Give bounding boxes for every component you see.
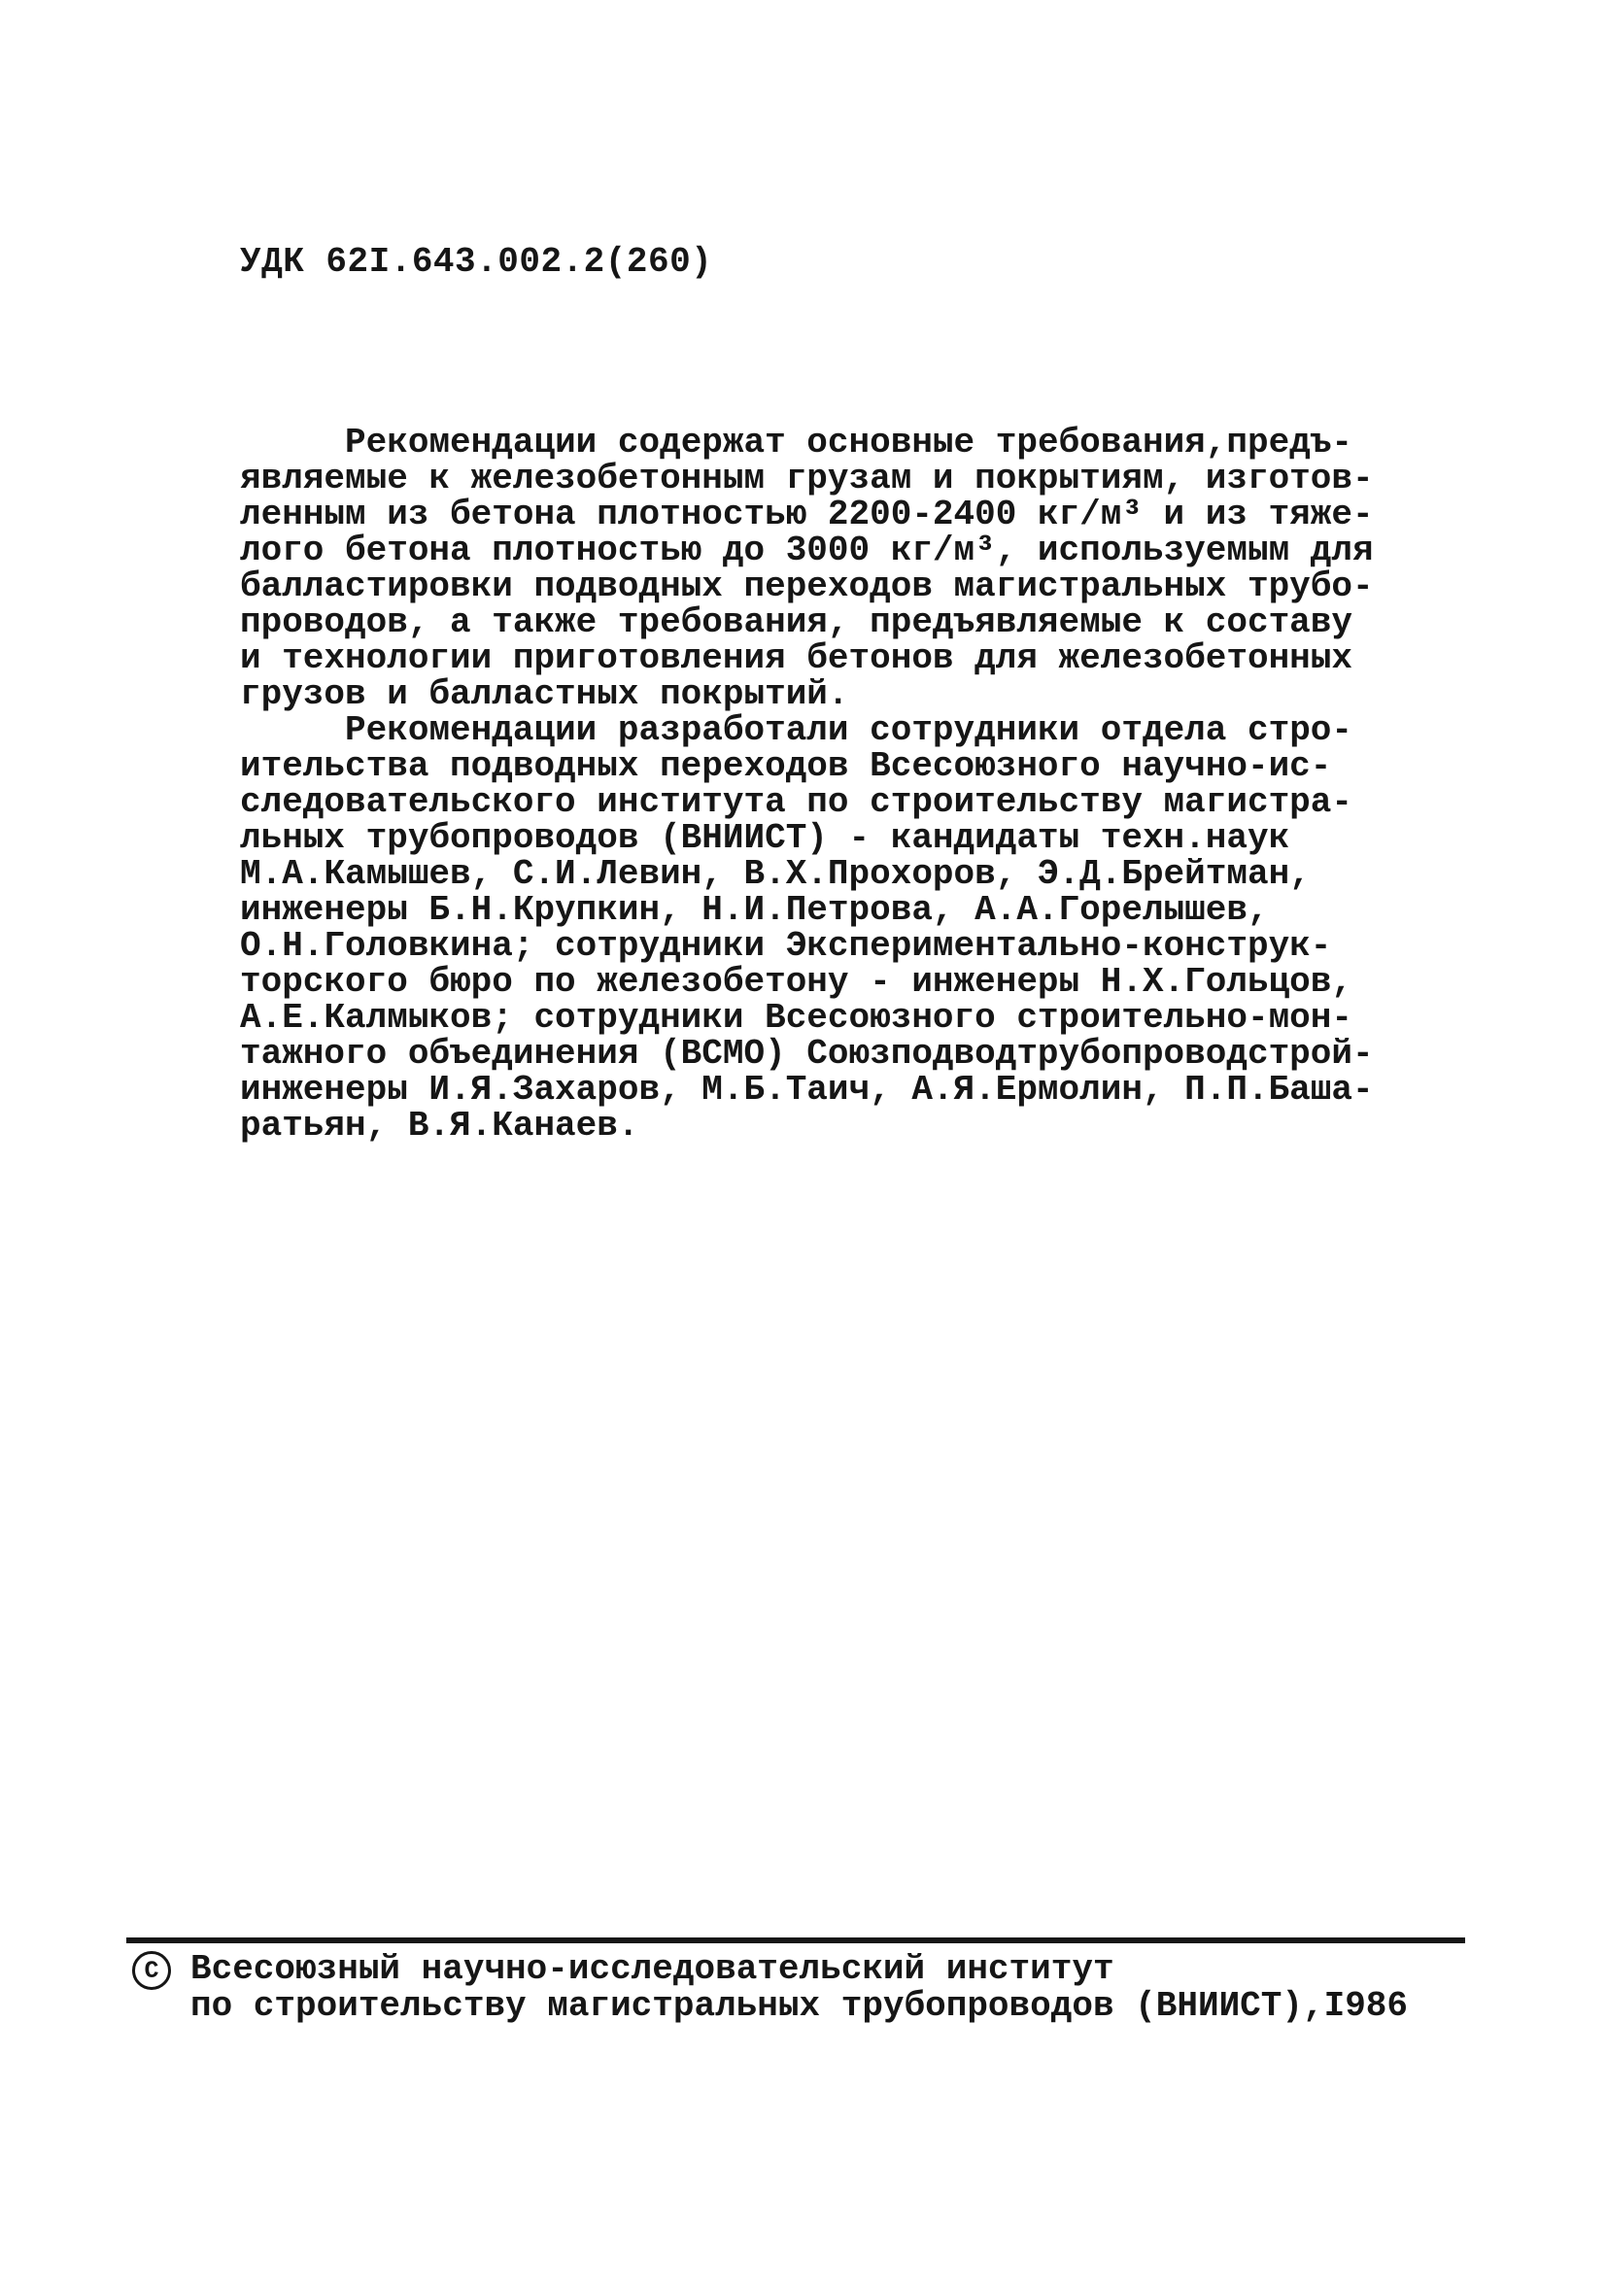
copyright-symbol-letter: С	[144, 1959, 158, 1983]
copyright-icon: С	[132, 1951, 171, 1990]
udc-classification-number: УДК 62I.643.002.2(260)	[240, 243, 712, 282]
footer-divider	[126, 1937, 1465, 1943]
copyright-line-1: Всесоюзный научно-исследовательский инст…	[190, 1951, 1408, 1988]
copyright-notice: Всесоюзный научно-исследовательский инст…	[190, 1951, 1408, 2025]
scanned-document-page: УДК 62I.643.002.2(260) Рекомендации соде…	[0, 0, 1607, 2296]
copyright-line-2: по строительству магистральных трубопров…	[190, 1988, 1408, 2025]
abstract-paragraph: Рекомендации содержат основные требовани…	[240, 425, 1464, 712]
authors-paragraph: Рекомендации разработали сотрудники отде…	[240, 712, 1464, 1144]
document-body: Рекомендации содержат основные требовани…	[240, 425, 1464, 1144]
